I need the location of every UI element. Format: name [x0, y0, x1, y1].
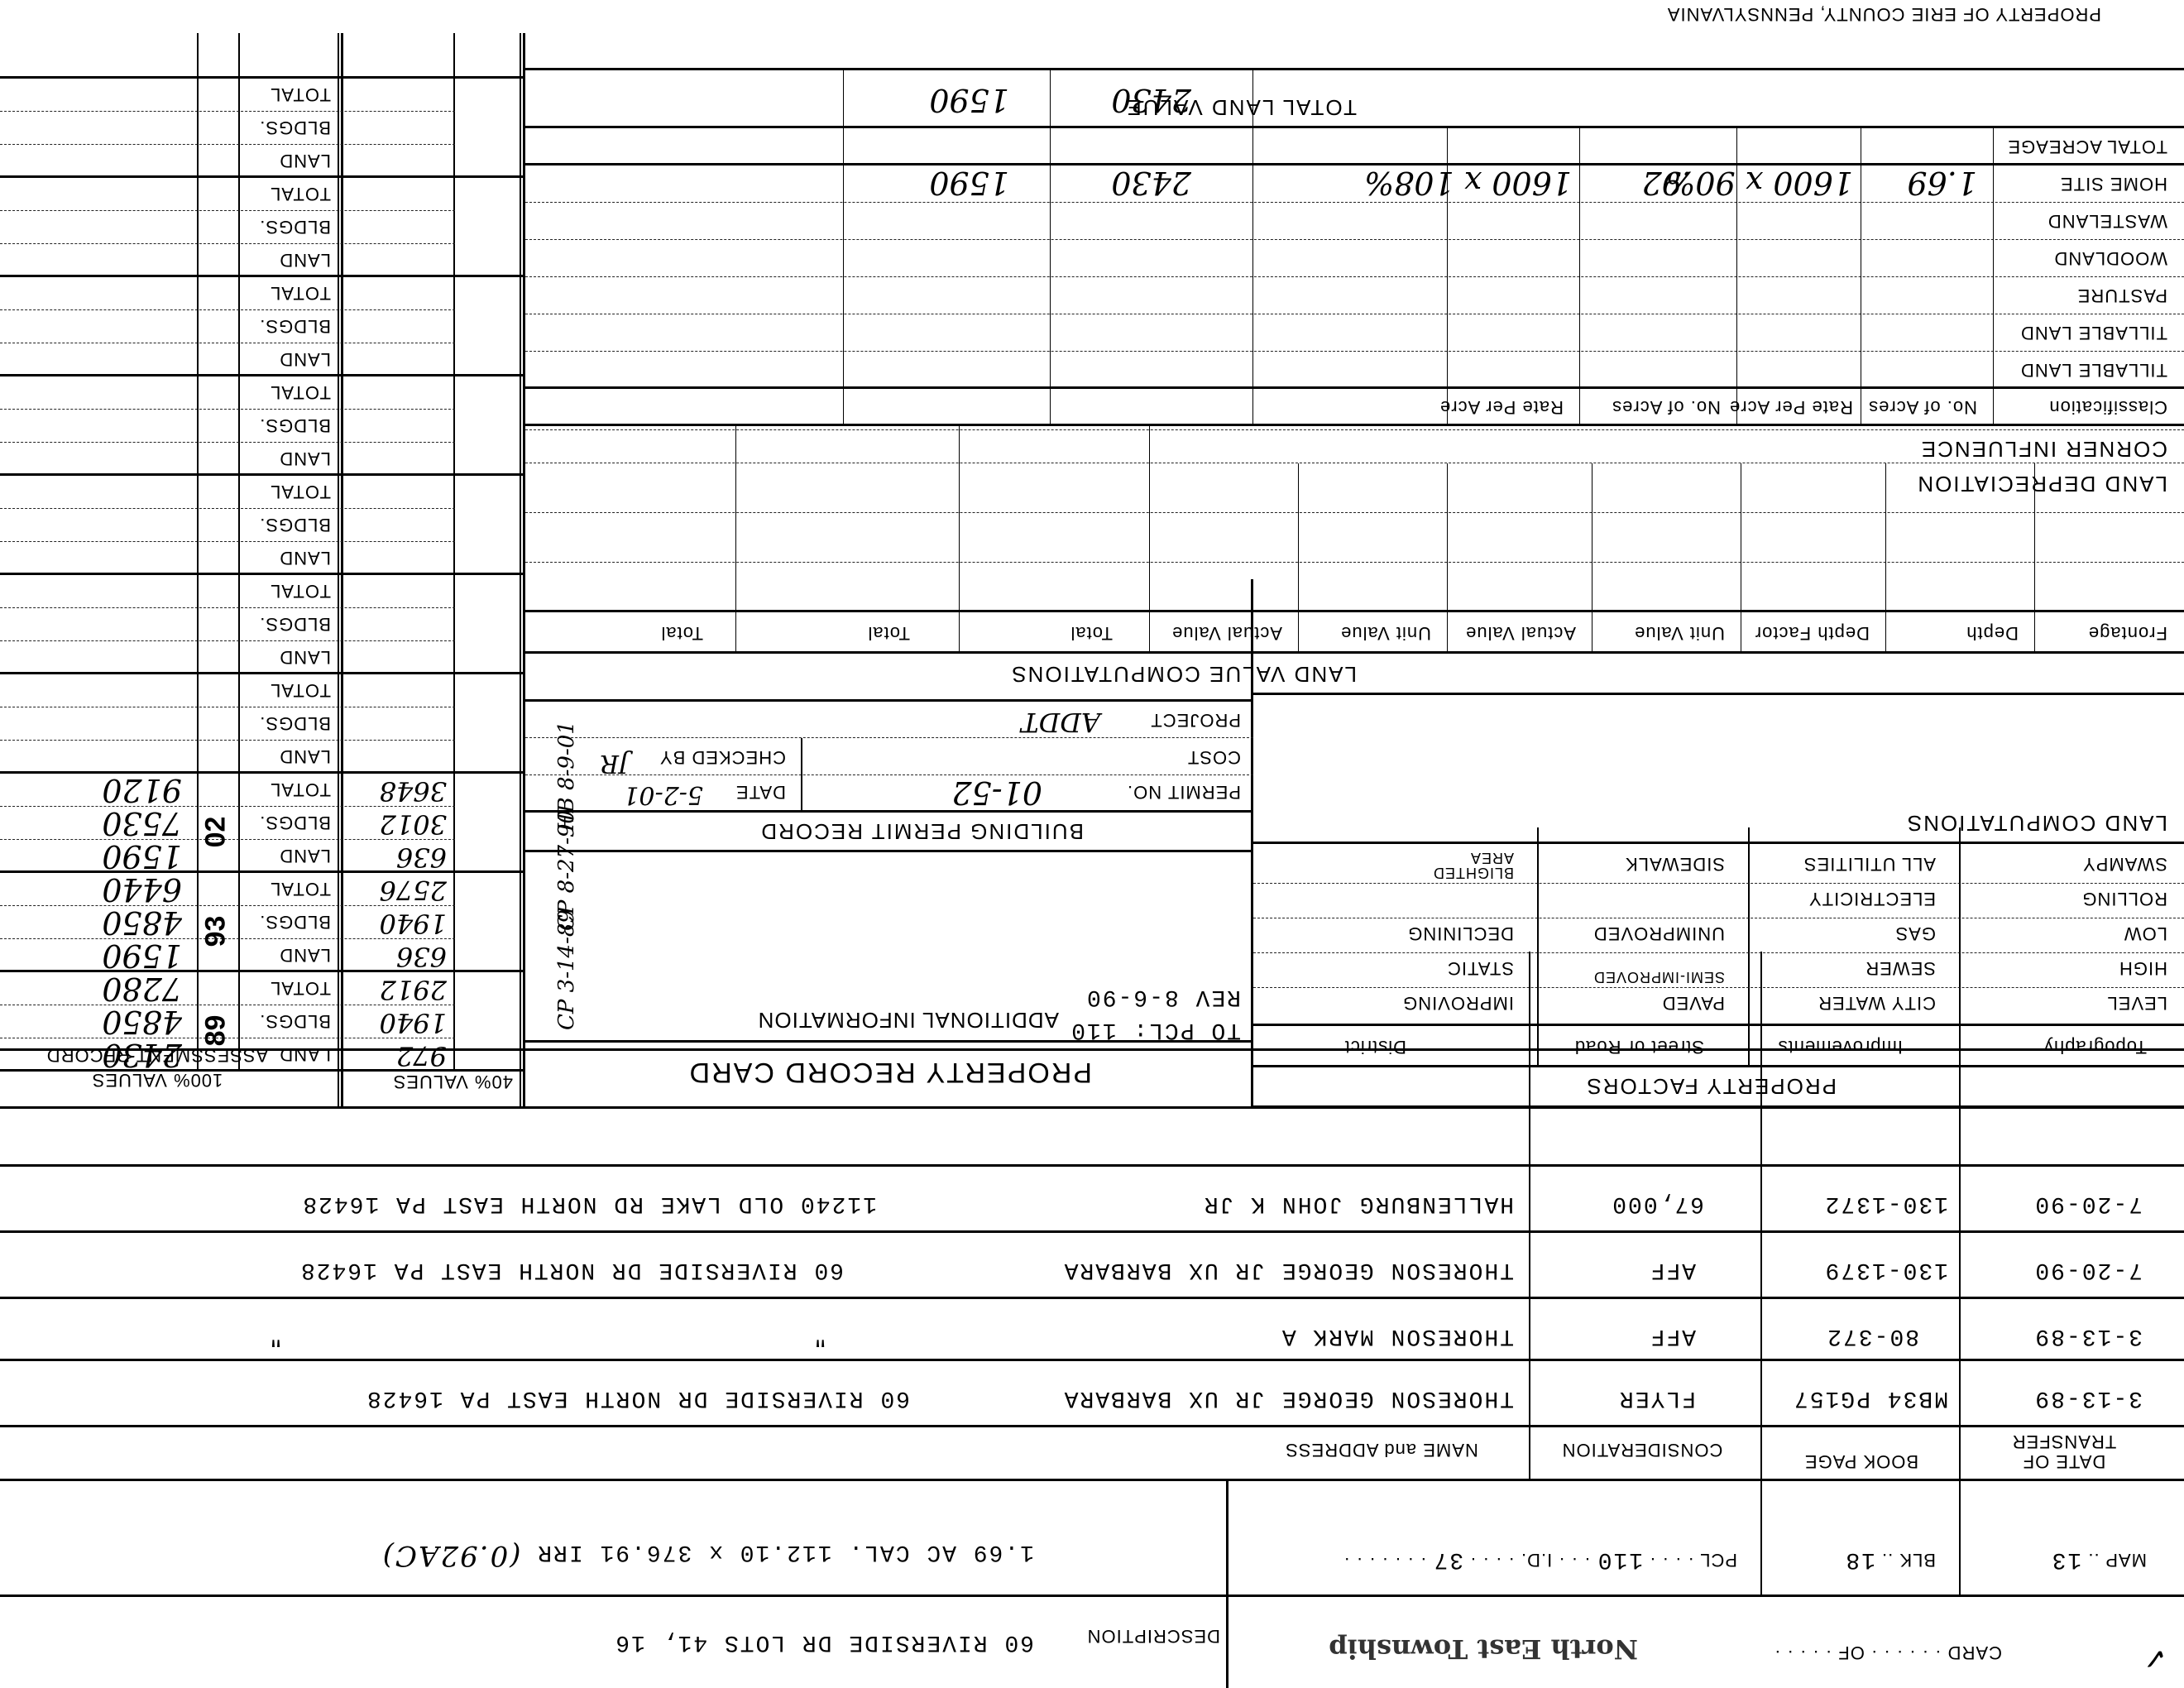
map-field: MAP .. 13: [2051, 1547, 2147, 1572]
assessment-row-label: BLDGS.: [259, 514, 331, 535]
assessment-total-100: 9120: [102, 772, 182, 808]
factor-blighted-area: BLIGHTED AREA: [1398, 851, 1514, 880]
transfer-row-3-name: THORESON GEORGE JR UX BARBARA: [1063, 1257, 1514, 1283]
book-page-header: BOOK PAGE: [1787, 1451, 1936, 1471]
assessment-land-40: 636: [396, 941, 447, 972]
check-mark-icon: ✓: [2134, 1642, 2167, 1676]
acreage-row-label: TILLABLE LAND: [2020, 322, 2167, 343]
assessment-land-40: 972: [396, 1040, 447, 1072]
assessment-row-label: LAND: [279, 746, 331, 767]
land-value-header: Depth Factor: [1755, 622, 1870, 644]
factor-high: HIGH: [2119, 957, 2167, 979]
card-label: CARD · · · · · · OF · · · · ·: [1774, 1642, 2002, 1663]
acreage-row-label: WASTELAND: [2047, 210, 2167, 232]
factor-low: LOW: [2124, 923, 2167, 944]
assessment-row-label: BLDGS.: [259, 911, 331, 933]
assessment-row-label: TOTAL: [270, 779, 331, 800]
factor-paved: PAVED: [1662, 992, 1725, 1014]
assessment-year: 89: [200, 1015, 232, 1047]
description-line-2: 1.69 AC CAL. 112.10 x 376.91 IRR (0.92AC…: [381, 1539, 1034, 1572]
checked-by-value: JR: [600, 749, 629, 778]
assessment-row-label: TOTAL: [270, 977, 331, 999]
assessment-row-label: BLDGS.: [259, 415, 331, 436]
transfer-row-3-address: 60 RIVERSIDE DR NORTH EAST PA 16428: [299, 1257, 844, 1283]
name-address-header: NAME and ADDRESS: [1241, 1439, 1522, 1460]
forty-percent-label: 40% VALUES: [393, 1071, 513, 1092]
transfer-row-1-consideration: FLYER: [1618, 1385, 1696, 1411]
assessment-bldgs-40: 1940: [380, 908, 447, 939]
assessment-total-40: 2576: [380, 875, 447, 906]
land-value-header: Unit Value: [1340, 622, 1431, 644]
land-value-computations-title: LAND VALUE COMPUTATIONS: [1010, 661, 1357, 687]
blk-field: BLK .. 18: [1844, 1547, 1936, 1572]
transfer-row-1-book: MB34 PG157: [1793, 1385, 1948, 1411]
assessment-row-label: LAND: [279, 249, 331, 271]
assessment-land-40: 636: [396, 842, 447, 873]
land-value-header: Total: [868, 622, 910, 644]
transfer-row-2-name: THORESON MARK A: [1281, 1323, 1514, 1349]
transfer-row-3-consideration: AFF: [1650, 1257, 1696, 1283]
land-depreciation-label: LAND DEPRECIATION: [1916, 471, 2167, 496]
assessment-total-100: 6440: [102, 871, 182, 908]
permit-date-value: 5-2-01: [623, 780, 703, 809]
factor-electricity: ELECTRICITY: [1808, 888, 1936, 909]
assessment-row-label: TOTAL: [270, 481, 331, 502]
transfer-date-header: DATE OF TRANSFER: [1981, 1431, 2147, 1471]
description-label: DESCRIPTION: [1087, 1625, 1220, 1647]
acreage-row-label: WOODLAND: [2053, 247, 2167, 269]
assessment-row-label: LAND: [279, 448, 331, 469]
assessment-note: HB 8-9-01: [554, 721, 579, 832]
assessment-bldgs-100: 4850: [102, 904, 182, 941]
transfer-row-4-name: HALLENBURG JOHN K JR: [1203, 1191, 1514, 1216]
land-computations-label: LAND COMPUTATIONS: [1906, 810, 2167, 836]
factor-declining: DECLINING: [1407, 923, 1514, 944]
transfer-row-2-consideration: AFF: [1650, 1323, 1696, 1349]
acreage-header: No. of Acres: [1868, 396, 1977, 418]
assessment-bldgs-40: 3012: [380, 808, 447, 840]
assessment-row-label: LAND: [279, 646, 331, 668]
description-line-1: 60 RIVERSIDE DR LOTS 41, 16: [614, 1629, 1034, 1655]
factor-gas: GAS: [1895, 923, 1936, 944]
additional-info-line-1: TO PCL: 110: [1070, 1017, 1241, 1043]
transfer-row-2-date: 3-13-89: [2033, 1323, 2143, 1349]
assessment-row-label: TOTAL: [270, 580, 331, 602]
factor-static: STATIC: [1447, 957, 1514, 979]
assessment-row-label: BLDGS.: [259, 1010, 331, 1032]
acreage-header: Rate Per Acre: [1439, 396, 1564, 418]
land-value-header: Actual Value: [1171, 622, 1282, 644]
street-road-header: Street or Road: [1574, 1036, 1704, 1057]
assessment-land-100: 1590: [102, 938, 182, 974]
land-value-header: Depth: [1966, 622, 2019, 644]
total-land-value-label: TOTAL LAND VALUE: [1125, 94, 1357, 120]
assessment-row-label: TOTAL: [270, 282, 331, 304]
assessment-row-label: TOTAL: [270, 84, 331, 105]
permit-no-label: PERMIT NO.: [1127, 781, 1241, 803]
transfer-row-2-address: " ": [267, 1323, 827, 1349]
assessment-row-label: TOTAL: [270, 183, 331, 204]
checked-by-label: CHECKED BY: [659, 746, 786, 768]
pcl-field: PCL · · · · 110 · · · I.D. · · · · 37 · …: [1343, 1547, 1737, 1572]
transfer-row-3-date: 7-20-90: [2033, 1257, 2143, 1283]
acreage-header: Rate Per Acre: [1729, 396, 1853, 418]
acreage-header: Classification: [2048, 396, 2167, 418]
property-record-card-title: PROPERTY RECORD CARD: [688, 1056, 1092, 1088]
assessment-total-40: 2912: [380, 974, 447, 1005]
transfer-row-4-address: 11240 OLD LAKE RD NORTH EAST PA 16428: [301, 1191, 877, 1216]
assessment-bldgs-40: 1940: [380, 1007, 447, 1038]
land-value-header: Total: [1070, 622, 1113, 644]
rate-1: 1600 x 90%: [1665, 165, 1853, 201]
assessment-row-label: TOTAL: [270, 381, 331, 403]
assessment-year: 02: [200, 817, 232, 848]
assessment-row-label: LAND: [279, 348, 331, 370]
assessment-row-label: LAND: [279, 845, 331, 866]
assessment-row-label: BLDGS.: [259, 712, 331, 734]
factor-level: LEVEL: [2107, 992, 2168, 1014]
project-value: ADDT: [1021, 707, 1100, 738]
permit-no-value: 01-52: [951, 774, 1042, 811]
transfer-row-2-book: 80-372: [1826, 1323, 1919, 1349]
building-permit-title: BUILDING PERMIT RECORD: [759, 818, 1084, 844]
assessment-total-40: 3648: [380, 775, 447, 807]
acreage-header: No. of Acres: [1612, 396, 1721, 418]
township-name: North East Township: [1329, 1633, 1638, 1665]
transfer-row-4-consideration: 67,000: [1611, 1191, 1704, 1216]
factor-semi-improved: SEMI-IMPROVED: [1592, 970, 1725, 985]
factor-rolling: ROLLING: [2081, 888, 2167, 909]
property-factors-title: PROPERTY FACTORS: [1585, 1073, 1837, 1099]
cost-label: COST: [1187, 746, 1241, 768]
additional-info-label: ADDITIONAL INFORMATION: [758, 1007, 1059, 1033]
corner-influence-label: CORNER INFLUENCE: [1920, 436, 2167, 462]
acres-1: 1.69: [1907, 165, 1977, 201]
transfer-row-1-address: 60 RIVERSIDE DR NORTH EAST PA 16428: [366, 1385, 910, 1411]
transfer-row-4-book: 130-1372: [1824, 1191, 1948, 1216]
assessment-land-100: 2430: [102, 1037, 182, 1073]
transfer-row-1-date: 3-13-89: [2033, 1385, 2143, 1411]
permit-date-label: DATE: [735, 781, 786, 803]
factor-swampy: SWAMPY: [2082, 853, 2167, 875]
consideration-header: CONSIDERATION: [1535, 1439, 1750, 1460]
assessment-row-label: TOTAL: [270, 878, 331, 899]
district-header: District: [1344, 1036, 1406, 1057]
assessment-year: 93: [200, 916, 232, 947]
assessment-bldgs-100: 7530: [102, 805, 182, 842]
land-total-2: 1590: [929, 165, 1009, 201]
assessment-row-label: TOTAL: [270, 679, 331, 701]
topography-header: Topography: [2043, 1036, 2147, 1057]
land-value-header: Frontage: [2088, 622, 2167, 644]
assessment-row-label: BLDGS.: [259, 117, 331, 138]
assessment-row-label: BLDGS.: [259, 812, 331, 833]
acres-2: .92: [1642, 165, 1692, 201]
factor-all-utilities: ALL UTILITIES: [1803, 853, 1936, 875]
assessment-row-label: BLDGS.: [259, 613, 331, 635]
additional-info-line-2: REV 8-6-90: [1085, 984, 1241, 1009]
total-land-value-2: 1590: [929, 82, 1009, 118]
factor-city-water: CITY WATER: [1818, 992, 1936, 1014]
land-value-header: Unit Value: [1634, 622, 1725, 644]
improvements-header: Improvements: [1778, 1036, 1903, 1057]
assessment-total-100: 7280: [102, 971, 182, 1007]
project-label: PROJECT: [1150, 709, 1241, 731]
land-value-header: Total: [661, 622, 703, 644]
acreage-row-label: PASTURE: [2077, 285, 2167, 306]
assessment-land-100: 1590: [102, 838, 182, 875]
assessment-row-label: BLDGS.: [259, 315, 331, 337]
acreage-row-label: TILLABLE LAND: [2020, 359, 2167, 381]
assessment-row-label: LAND: [279, 944, 331, 966]
factor-unimproved: UNIMPROVED: [1593, 923, 1725, 944]
assessment-row-label: BLDGS.: [259, 216, 331, 237]
land-value-header: Actual Value: [1465, 622, 1576, 644]
assessment-bldgs-100: 4850: [102, 1004, 182, 1040]
factor-sewer: SEWER: [1865, 957, 1936, 979]
factor-sidewalk: SIDEWALK: [1625, 853, 1725, 875]
acreage-row-label: TOTAL ACREAGE: [2007, 136, 2167, 157]
transfer-row-1-name: THORESON GEORGE JR UX BARBARA: [1063, 1385, 1514, 1411]
transfer-row-3-book: 130-1379: [1824, 1257, 1948, 1283]
property-record-card: PROPERTY OF ERIE COUNTY, PENNSYLVANIA ✓ …: [0, 0, 2184, 1688]
transfer-row-4-date: 7-20-90: [2033, 1191, 2143, 1216]
assessment-row-label: LAND: [279, 1043, 331, 1065]
acreage-row-label: HOME SITE: [2060, 173, 2167, 194]
county-owner-label: PROPERTY OF ERIE COUNTY, PENNSYLVANIA: [1667, 3, 2101, 25]
land-total-1: 2430: [1111, 165, 1191, 201]
assessment-row-label: LAND: [279, 150, 331, 171]
rate-2: 1600 x 108%: [1364, 165, 1572, 201]
assessment-row-label: LAND: [279, 547, 331, 568]
factor-improving: IMPROVING: [1402, 992, 1514, 1014]
